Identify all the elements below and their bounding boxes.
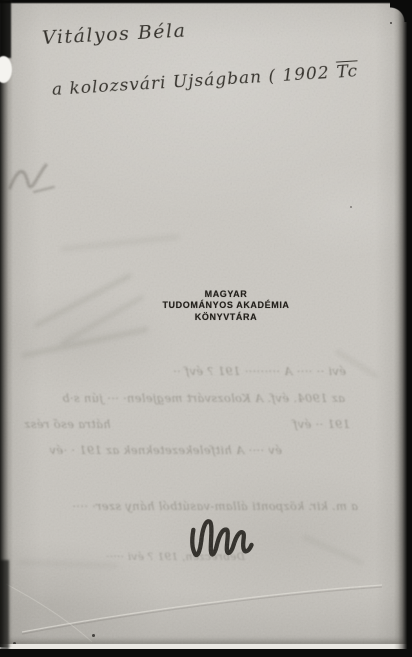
scan-border-top bbox=[0, 0, 412, 4]
bleedthrough-line: 191 ·· évfhátra eső rész bbox=[24, 417, 350, 433]
scan-border-bottom bbox=[0, 649, 412, 657]
scan-border-left bbox=[0, 0, 13, 647]
note-overlined-suffix: Tc bbox=[336, 61, 359, 82]
stamp-line: MAGYAR bbox=[146, 289, 306, 300]
library-stamp: MAGYAR TUDOMÁNYOS AKADÉMIA KÖNYVTÁRA bbox=[146, 289, 306, 323]
scan-corner-top-right bbox=[390, 0, 412, 22]
scanned-page: évi ·· ···· A ········· 191 ? évf ·· az … bbox=[0, 0, 412, 657]
stamp-line: KÖNYVTÁRA bbox=[146, 312, 306, 323]
scan-border-left-dark bbox=[0, 560, 9, 650]
stamp-line: TUDOMÁNYOS AKADÉMIA bbox=[146, 300, 306, 311]
bleedthrough-line: az 1904. évf. A Kolozsvárt megjelen· ···… bbox=[35, 391, 345, 407]
dust-speck bbox=[390, 22, 392, 24]
bleedthrough-line: a m. kir. központi állam-vasútból hány s… bbox=[28, 499, 358, 515]
bleedthrough-line: év ···· A hitfelekezeteknek az 191 · ·év bbox=[36, 443, 282, 459]
bleedthrough-line: Debreczen, 191 ? évi ······ bbox=[105, 551, 245, 567]
bleedthrough-line: évi ·· ···· A ········· 191 ? évf ·· bbox=[36, 364, 346, 380]
dust-speck bbox=[350, 206, 352, 208]
scan-border-left-dark bbox=[0, 0, 11, 58]
scan-border-right bbox=[394, 0, 412, 649]
